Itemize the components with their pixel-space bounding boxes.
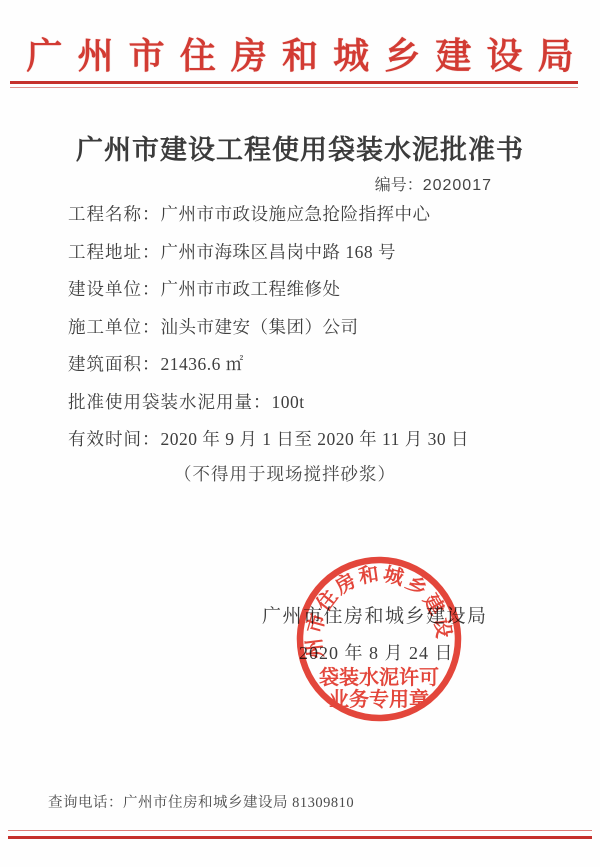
field-value: 汕头市建安（集团）公司 bbox=[161, 317, 359, 337]
field-row-floor-area: 建筑面积：21436.6 ㎡ bbox=[68, 346, 560, 384]
field-value: 广州市海珠区昌岗中路 168 号 bbox=[161, 242, 397, 262]
official-red-seal-stamp: 广州市住房和城乡建设局 袋装水泥许可 业务专用章 bbox=[293, 553, 465, 725]
agency-letterhead-title: 广州市住房和城乡建设局 bbox=[0, 28, 600, 79]
footer-rule-thick bbox=[8, 836, 592, 839]
stamp-text-line2: 业务专用章 bbox=[329, 687, 429, 711]
document-number-value: 2020017 bbox=[423, 177, 492, 194]
field-row-project-name: 工程名称：广州市市政设施应急抢险指挥中心 bbox=[68, 196, 560, 234]
field-label: 批准使用袋装水泥用量： bbox=[68, 392, 272, 412]
field-label: 有效时间： bbox=[68, 429, 161, 449]
field-row-construction-owner: 建设单位：广州市市政工程维修处 bbox=[68, 271, 560, 309]
field-value: 广州市市政工程维修处 bbox=[161, 279, 341, 299]
field-row-validity-period: 有效时间：2020 年 9 月 1 日至 2020 年 11 月 30 日 bbox=[68, 421, 560, 459]
field-value: 2020 年 9 月 1 日至 2020 年 11 月 30 日 bbox=[161, 429, 469, 449]
restriction-note: （不得用于现场搅拌砂浆） bbox=[0, 461, 570, 486]
field-label: 建筑面积： bbox=[68, 354, 161, 374]
fields-list: 工程名称：广州市市政设施应急抢险指挥中心 工程地址：广州市海珠区昌岗中路 168… bbox=[68, 196, 560, 459]
stamp-arc-text: 广州市住房和城乡建设局 bbox=[293, 553, 456, 663]
footer-rule-thin bbox=[8, 830, 592, 831]
inquiry-phone-footer: 查询电话：广州市住房和城乡建设局 81309810 bbox=[48, 791, 354, 812]
field-value: 广州市市政设施应急抢险指挥中心 bbox=[161, 204, 431, 224]
field-label: 建设单位： bbox=[68, 279, 161, 299]
letterhead-rule-thin bbox=[10, 87, 578, 88]
field-row-project-address: 工程地址：广州市海珠区昌岗中路 168 号 bbox=[68, 234, 560, 272]
document-title: 广州市建设工程使用袋装水泥批准书 bbox=[0, 128, 600, 167]
letterhead-rule-thick bbox=[10, 81, 578, 84]
document-page: 广州市住房和城乡建设局 广州市建设工程使用袋装水泥批准书 编号：2020017 … bbox=[0, 0, 600, 867]
document-number: 编号：2020017 bbox=[375, 172, 492, 195]
field-row-contractor: 施工单位：汕头市建安（集团）公司 bbox=[68, 309, 560, 347]
field-label: 工程名称： bbox=[68, 204, 161, 224]
field-row-approved-cement-quantity: 批准使用袋装水泥用量：100t bbox=[68, 384, 560, 422]
stamp-text-line1: 袋装水泥许可 bbox=[319, 665, 439, 689]
document-number-label: 编号： bbox=[375, 177, 423, 194]
field-label: 工程地址： bbox=[68, 242, 161, 262]
field-label: 施工单位： bbox=[68, 317, 161, 337]
field-value: 21436.6 ㎡ bbox=[161, 354, 244, 374]
field-value: 100t bbox=[272, 392, 305, 412]
